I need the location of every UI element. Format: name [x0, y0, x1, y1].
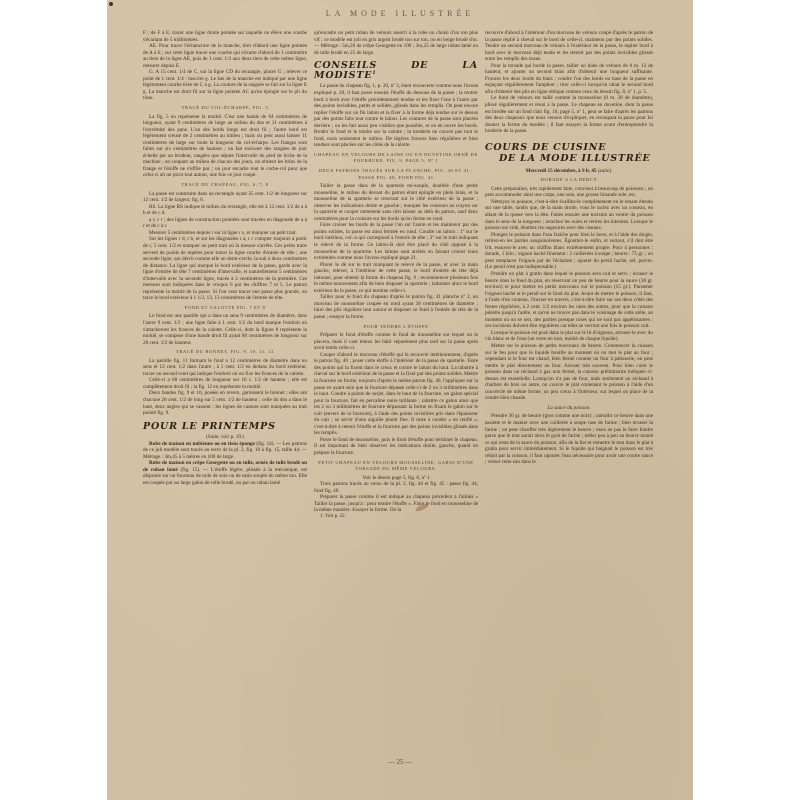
- subheading-dorade: DORADE A LA BERCY: [485, 177, 653, 184]
- column-1: F ; de F à E, tracer une ligne droite po…: [143, 30, 307, 487]
- paragraph: Préparer le fond d'étoffe comme le fond …: [314, 332, 478, 352]
- page-number: — 25 —: [107, 758, 693, 766]
- paragraph: Prendre 30 gr. de beurre (gros comme une…: [485, 413, 653, 465]
- paragraph: Tailler pour le fond du chapeau d'après …: [314, 294, 478, 320]
- subheading-sauce: La sauce du poisson.: [485, 405, 653, 412]
- paragraph: La pastille fig. 11 formant le fond a 12…: [143, 358, 307, 378]
- paragraph: Mettre sur le poisson de petits morceaux…: [485, 343, 653, 402]
- lesson-date-text: Mercredi 15 décembre, à 9 h. 45: [526, 168, 597, 174]
- subheading-petit-chapeau: PETIT CHAPEAU EN VELOURS MOUSSELINE, GAR…: [314, 460, 478, 473]
- footnote: 1. Voir p. 22.: [314, 514, 478, 521]
- paragraph: Placer le dé sur le trait marquant le re…: [314, 262, 478, 295]
- subheading-tendre-etoffe: POUR TENDRE L'ÉTOFFE: [314, 324, 478, 331]
- section-title-cuisine: COURS DE CUISINE DE LA MODE ILLUSTRÉE: [485, 142, 653, 164]
- paper-spot: [109, 2, 113, 6]
- subheading-fond-calotte: FOND ET CALOTTE FIG. 7 ET 8: [143, 305, 307, 312]
- paragraph: Tailler la passe dans de la sparterie mi…: [314, 183, 478, 222]
- subheading-bonnet: TRACÉ DU BONNET, FIG. 9, 10, 11, 12: [143, 349, 307, 356]
- paragraph: F ; de F à E, tracer une ligne droite po…: [143, 30, 307, 43]
- paragraph: Robe de maison en crêpe Georgette ou en …: [143, 460, 307, 486]
- paragraph: Celle-ci a 68 centimètres de longueur su…: [143, 377, 307, 390]
- paragraph: Trois patrons tracés au verso de la pl. …: [314, 481, 478, 494]
- subheading-chapeau-velours: CHAPEAU EN VELOURS DE LAINE OU EN DUVETI…: [314, 152, 478, 165]
- paragraph: Deux bandes fig. 9 et 10, posées en reve…: [143, 390, 307, 416]
- subheading-col-echarpe: TRACÉ DU COL-ÉCHARPE, FIG. 5: [143, 105, 307, 112]
- paragraph: Le fond de velours est taillé comme la m…: [485, 95, 653, 134]
- section-title-line-1: COURS DE CUISINE: [485, 142, 606, 153]
- paragraph: G. A 15 cent. 1/4 de C, sur la ligne CD …: [143, 69, 307, 102]
- paragraph: Poser le fond de mousseline, puis le fon…: [314, 437, 478, 457]
- section-title-text: CONSEILS DE LA MODISTE: [314, 60, 478, 81]
- paragraph: AE. Pour tracer l'échancrure de la manch…: [143, 43, 307, 69]
- paragraph: Lorsque le poisson est posé dans le plat…: [485, 330, 653, 343]
- paragraph: Couper d'abord le morceau d'étoffe qui l…: [314, 352, 478, 437]
- column-2: qu'encadre un petit ruban de velours ass…: [314, 30, 478, 520]
- section-title-line-2: DE LA MODE ILLUSTRÉE: [485, 153, 653, 164]
- subheading-patrons: DEUX PATRONS TRACÉS SUR LA PLANCHE, FIG.…: [314, 168, 478, 181]
- lesson-date: Mercredi 15 décembre, à 9 h. 45 (suite).: [485, 168, 653, 175]
- paragraph: RS. La ligne RS indique le milieu du rec…: [143, 204, 307, 217]
- paragraph: La passe du chapeau fig. 1, p. 20, nº 3,…: [314, 83, 478, 148]
- column-3: recouvre d'abord à l'intérieur d'un morc…: [485, 30, 653, 466]
- running-head: LA MODE ILLUSTRÉE: [107, 9, 693, 18]
- paragraph: Sur les lignes r d, r b, et sur les diag…: [143, 236, 307, 301]
- paragraph: La passe est construite dans un rectangl…: [143, 191, 307, 204]
- paragraph: Robe de maison en nubienne ou en tissu é…: [143, 441, 307, 461]
- paragraph: Plongez le poisson dans l'eau fraîche po…: [485, 232, 653, 271]
- paragraph: Prendre un plat à gratin dans lequel le …: [485, 271, 653, 330]
- garment-name: Robe de maison en nubienne ou en tissu é…: [149, 441, 255, 447]
- subheading-chapeau: TRACÉ DU CHAPEAU, FIG. 6, 7, 8: [143, 182, 307, 189]
- paragraph: La fig. 5 en représente la moitié. C'est…: [143, 114, 307, 179]
- footnote-ref: 1: [372, 70, 376, 76]
- section-title-modiste: CONSEILS DE LA MODISTE1: [314, 63, 478, 79]
- paragraph: Nettoyez le poisson, c'est-à-dire écaill…: [485, 199, 653, 232]
- paragraph: a r, c r ; des lignes de construction po…: [143, 217, 307, 230]
- magazine-page: LA MODE ILLUSTRÉE F ; de F à E, tracer u…: [107, 0, 693, 800]
- paragraph: qu'encadre un petit ruban de velours ass…: [314, 30, 478, 56]
- paragraph: Préparer la passe comme il est indiqué a…: [314, 494, 478, 514]
- section-title-printemps: POUR LE PRINTEMPS: [143, 424, 307, 431]
- lesson-date-suffix: (suite).: [598, 168, 613, 174]
- paragraph: Pour la torsade qui borde la passe, tail…: [485, 63, 653, 96]
- paragraph: recouvre d'abord à l'intérieur d'un morc…: [485, 30, 653, 63]
- paragraph: Cette préparation, très rapidement faite…: [485, 186, 653, 199]
- paragraph: Le fond est une pastille qui a dans un s…: [143, 313, 307, 346]
- paragraph: Faire croiser les bords de la passe l'un…: [314, 222, 478, 261]
